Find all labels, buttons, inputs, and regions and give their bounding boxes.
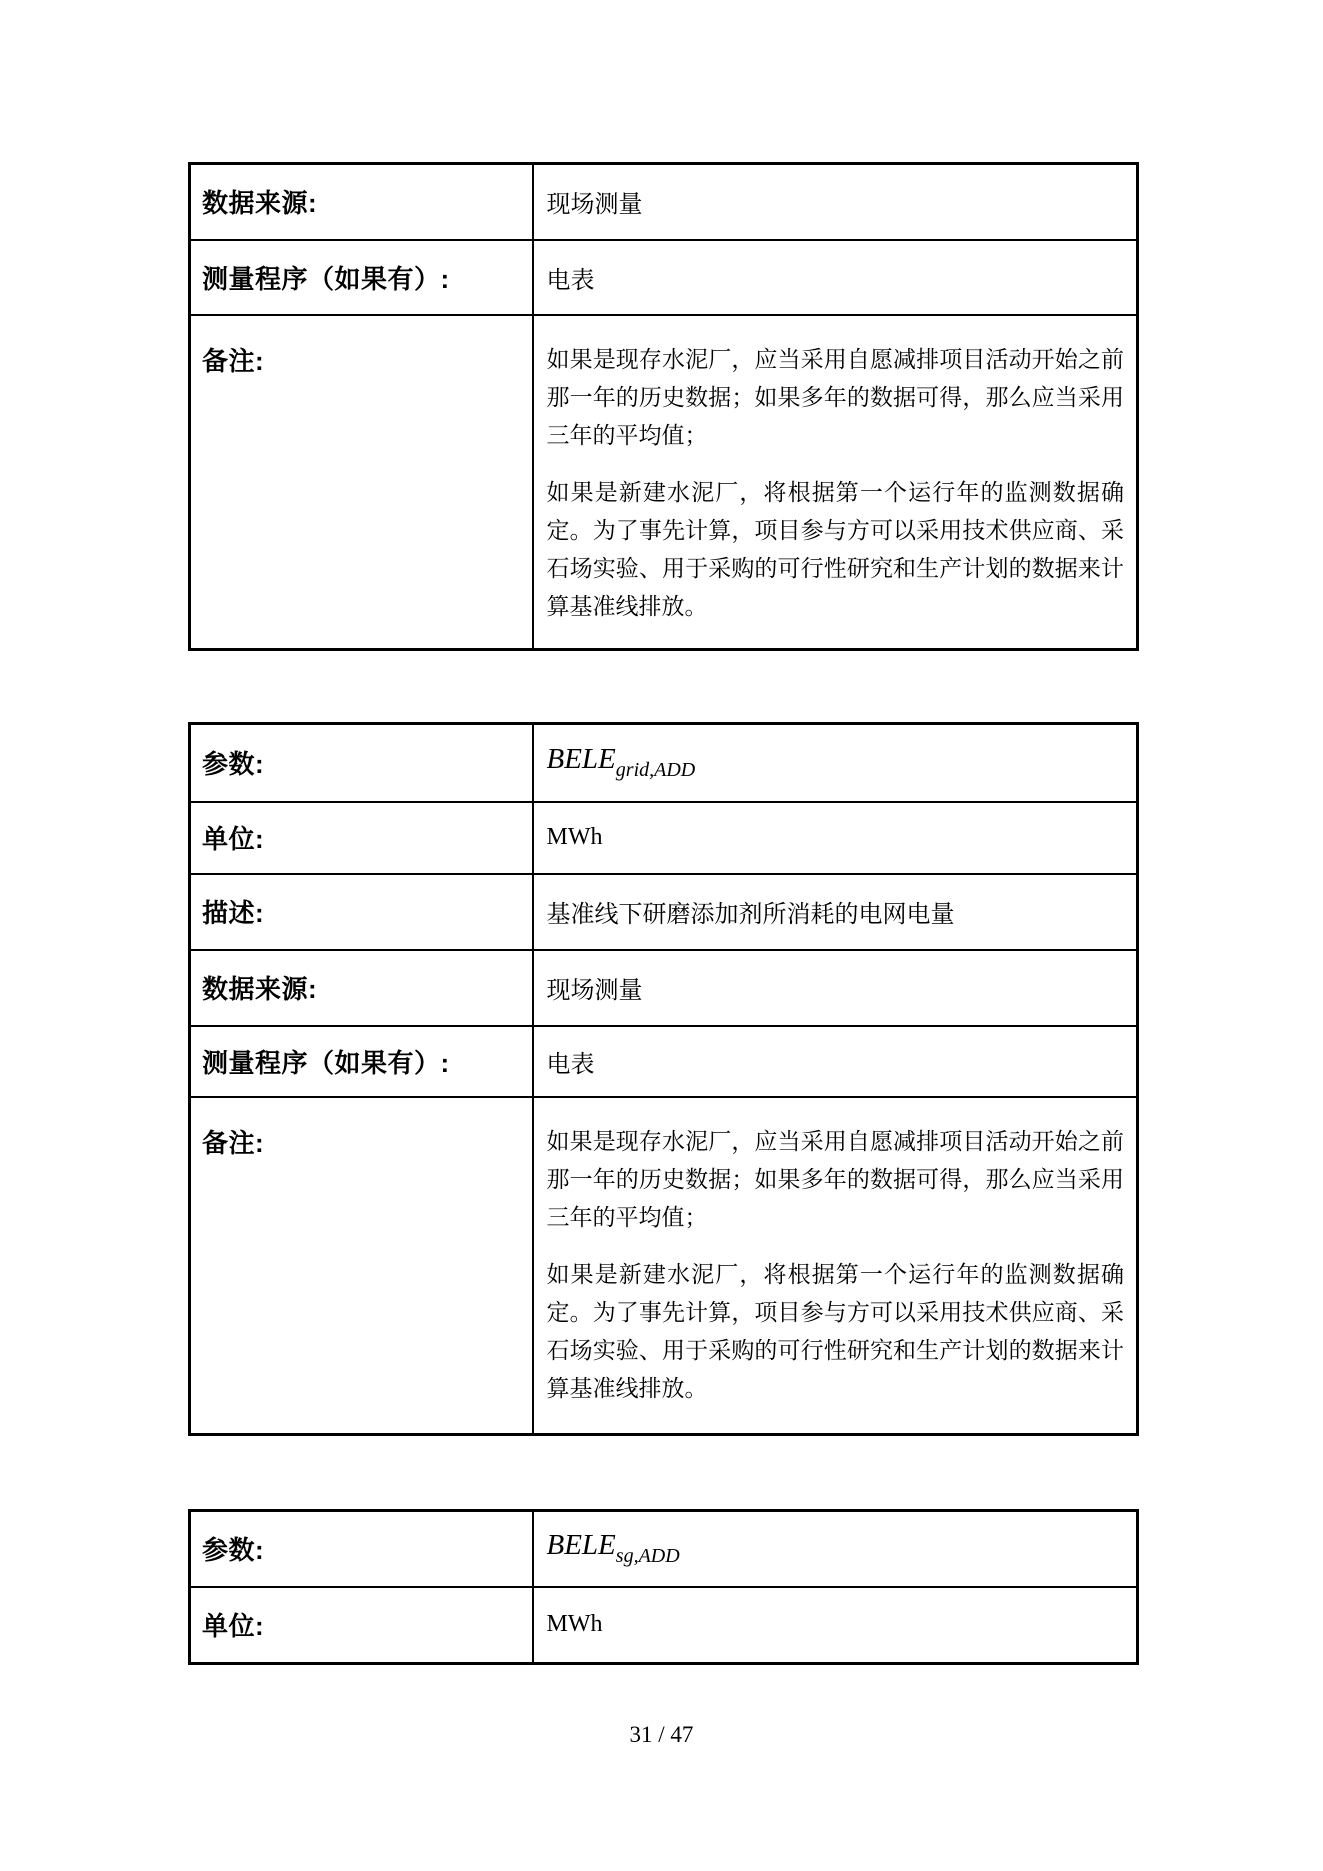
- row-label-data-source: 数据来源:: [190, 950, 533, 1026]
- parameter-subscript: grid,ADD: [616, 759, 695, 781]
- row-label-parameter: 参数:: [190, 1511, 533, 1587]
- row-value-remarks: 如果是现存水泥厂，应当采用自愿减排项目活动开始之前那一年的历史数据；如果多年的数…: [533, 1097, 1138, 1435]
- parameter-table-bele-grid-add: 参数: BELEgrid,ADD 单位: MWh 描述: 基准线下研磨添加剂所消…: [188, 722, 1139, 1436]
- table-row: 描述: 基准线下研磨添加剂所消耗的电网电量: [190, 874, 1138, 950]
- remark-paragraph: 如果是现存水泥厂，应当采用自愿减排项目活动开始之前那一年的历史数据；如果多年的数…: [547, 341, 1125, 455]
- row-label-remarks: 备注:: [190, 315, 533, 650]
- remark-paragraph: 如果是现存水泥厂，应当采用自愿减排项目活动开始之前那一年的历史数据；如果多年的数…: [547, 1123, 1125, 1237]
- table-row: 数据来源: 现场测量: [190, 164, 1138, 240]
- row-label-data-source: 数据来源:: [190, 164, 533, 240]
- parameter-symbol: BELEsg,ADD: [547, 1529, 680, 1561]
- row-value-description: 基准线下研磨添加剂所消耗的电网电量: [533, 874, 1138, 950]
- row-label-remarks: 备注:: [190, 1097, 533, 1435]
- row-label-parameter: 参数:: [190, 724, 533, 802]
- table-row: 备注: 如果是现存水泥厂，应当采用自愿减排项目活动开始之前那一年的历史数据；如果…: [190, 315, 1138, 650]
- row-label-measurement-procedure: 测量程序（如果有）:: [190, 1026, 533, 1097]
- row-label-unit: 单位:: [190, 1587, 533, 1664]
- table-row: 单位: MWh: [190, 802, 1138, 874]
- row-label-unit: 单位:: [190, 802, 533, 874]
- row-label-measurement-procedure: 测量程序（如果有）:: [190, 240, 533, 315]
- parameter-symbol: BELEgrid,ADD: [547, 743, 696, 775]
- row-value-unit: MWh: [533, 802, 1138, 874]
- table-row: 数据来源: 现场测量: [190, 950, 1138, 1026]
- table-row: 参数: BELEgrid,ADD: [190, 724, 1138, 802]
- page-number: 31 / 47: [0, 1722, 1323, 1748]
- parameter-subscript: sg,ADD: [616, 1545, 680, 1567]
- row-value-measurement-procedure: 电表: [533, 1026, 1138, 1097]
- table-row: 测量程序（如果有）: 电表: [190, 1026, 1138, 1097]
- table-row: 参数: BELEsg,ADD: [190, 1511, 1138, 1587]
- remark-paragraph: 如果是新建水泥厂，将根据第一个运行年的监测数据确定。为了事先计算，项目参与方可以…: [547, 474, 1125, 626]
- parameter-table-continued: 数据来源: 现场测量 测量程序（如果有）: 电表 备注: 如果是现存水泥厂，应当…: [188, 162, 1139, 651]
- row-value-data-source: 现场测量: [533, 164, 1138, 240]
- row-value-parameter: BELEsg,ADD: [533, 1511, 1138, 1587]
- table-row: 单位: MWh: [190, 1587, 1138, 1664]
- remark-paragraph: 如果是新建水泥厂，将根据第一个运行年的监测数据确定。为了事先计算，项目参与方可以…: [547, 1256, 1125, 1408]
- table-row: 测量程序（如果有）: 电表: [190, 240, 1138, 315]
- row-value-data-source: 现场测量: [533, 950, 1138, 1026]
- table-row: 备注: 如果是现存水泥厂，应当采用自愿减排项目活动开始之前那一年的历史数据；如果…: [190, 1097, 1138, 1435]
- row-value-measurement-procedure: 电表: [533, 240, 1138, 315]
- row-label-description: 描述:: [190, 874, 533, 950]
- parameter-table-bele-sg-add: 参数: BELEsg,ADD 单位: MWh: [188, 1509, 1139, 1665]
- row-value-remarks: 如果是现存水泥厂，应当采用自愿减排项目活动开始之前那一年的历史数据；如果多年的数…: [533, 315, 1138, 650]
- row-value-unit: MWh: [533, 1587, 1138, 1664]
- row-value-parameter: BELEgrid,ADD: [533, 724, 1138, 802]
- document-page: 数据来源: 现场测量 测量程序（如果有）: 电表 备注: 如果是现存水泥厂，应当…: [0, 0, 1323, 1871]
